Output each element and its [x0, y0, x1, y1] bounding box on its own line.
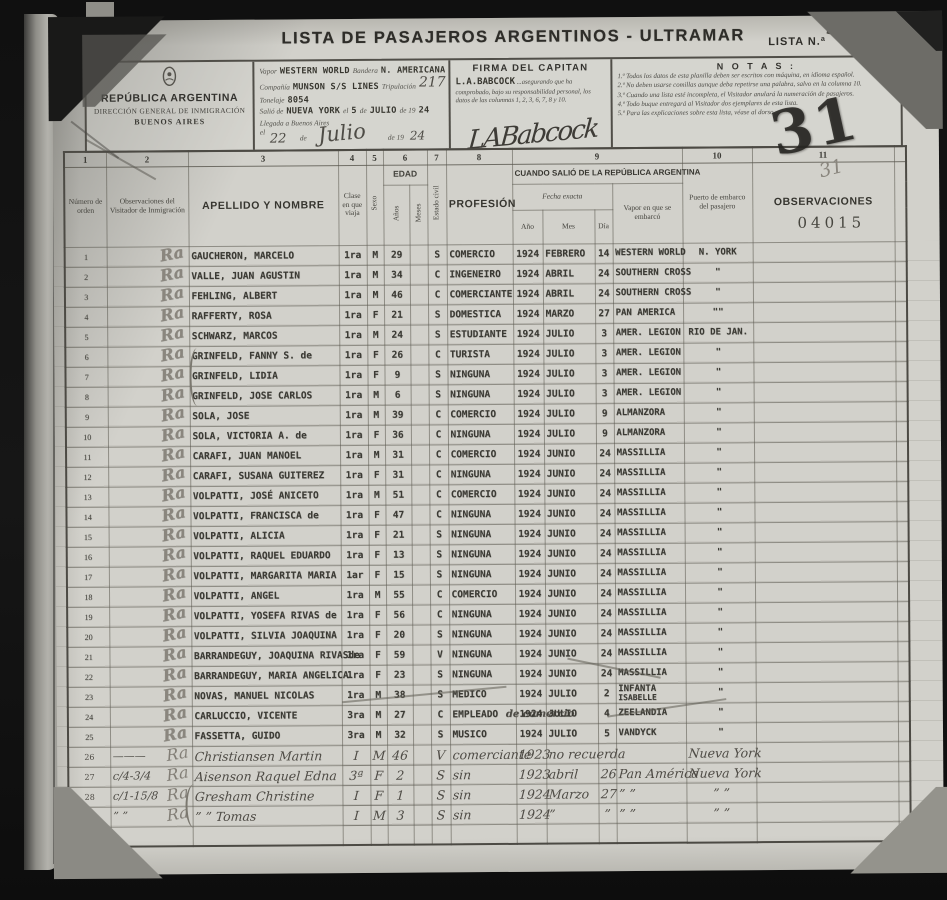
header-day: Día	[594, 209, 612, 243]
header-class: Clase en que viaja	[338, 165, 367, 245]
cell-class: 1ra	[340, 425, 368, 445]
cell-month: Marzo	[546, 783, 599, 803]
cell-profession: NINGUNA	[450, 664, 516, 684]
profession-text: NINGUNA	[450, 429, 490, 440]
captain-text: L.A.BABCOCK ...asegurando que ha comprob…	[455, 76, 605, 106]
cell-order-number: 13	[66, 487, 108, 507]
cell-age-years: 21	[386, 525, 412, 545]
agency-department: DIRECCIÓN GENERAL DE INMIGRACIÓN	[92, 106, 248, 116]
cell-month: no recuerda	[546, 743, 599, 763]
cell-class: 1ra	[339, 265, 367, 285]
cell-sex: F	[369, 625, 386, 645]
cell-name	[193, 825, 343, 846]
captain-box: FIRMA DEL CAPITAN L.A.BABCOCK ...asegura…	[450, 59, 613, 148]
cell-extra	[896, 381, 908, 401]
cell-profession: INGENEIRO	[447, 264, 513, 284]
cell-civil-status: S	[431, 804, 451, 824]
cell-profession: COMERCIO	[448, 444, 514, 464]
cell-sex: M	[367, 265, 384, 285]
lista-number-label: LISTA N.ª	[768, 36, 826, 48]
cell-month: JUNIO	[546, 663, 598, 683]
cell-vapor: ” ”	[616, 803, 687, 823]
cell-class: 1ra	[341, 645, 369, 665]
llegada-de-label: de	[300, 133, 307, 142]
compania-value: MUNSON S/S LINES	[293, 82, 379, 93]
cell-vapor: MASSILLIA	[614, 503, 684, 523]
cell-profession: NINGUNA	[448, 424, 514, 444]
cell-observaciones	[755, 621, 897, 642]
header-age-years: Años	[383, 185, 409, 245]
cell-port: Nueva York	[686, 742, 757, 762]
cell-class: 1ra	[341, 585, 369, 605]
passenger-rows: 1 Ra GAUCHERON, MARCELO 1ra M 29 S COMER…	[65, 241, 911, 847]
cell-name: CARAFI, JUAN MANOEL	[190, 445, 340, 466]
cell-age-years: 31	[385, 445, 411, 465]
cell-civil-status: S	[428, 244, 447, 264]
profession-text: NINGUNA	[452, 609, 492, 620]
cell-observaciones	[756, 721, 898, 742]
cell-day: 3	[595, 323, 613, 343]
cell-name: VALLE, JUAN AGUSTIN	[189, 265, 339, 286]
cell-sex: M	[367, 325, 384, 345]
cell-age-years: 27	[387, 705, 413, 725]
cell-year: 1924	[516, 724, 546, 744]
cell-class: 1ra	[339, 365, 367, 385]
header-when-left: CUANDO SALIÓ DE LA REPÚBLICA ARGENTINA	[512, 163, 682, 184]
cell-month: JULIO	[544, 383, 596, 403]
de19-label: de 19	[400, 106, 416, 115]
cell-name: VOLPATTI, ALICIA	[191, 525, 341, 546]
cell-month: JULIO	[546, 703, 598, 723]
cell-class: 1ra	[339, 245, 367, 265]
cell-sex: F	[369, 645, 386, 665]
cell-vapor: SOUTHERN CROSS	[613, 263, 683, 283]
ra-mark: Ra	[162, 722, 189, 745]
cell-age-years: 15	[386, 565, 412, 585]
cell-extra	[895, 341, 907, 361]
cell-day: 27	[598, 783, 617, 803]
salio-month: JULIO	[370, 106, 397, 116]
cell-year: 1924	[513, 284, 543, 304]
cell-extra	[898, 661, 910, 681]
vapor-line1: AMER. LEGION	[616, 388, 681, 397]
cell-age-years: 39	[385, 405, 411, 425]
cell-port: ” ”	[686, 802, 757, 822]
cell-vapor	[617, 823, 687, 843]
cell-extra	[895, 261, 907, 281]
cell-vapor: PAN AMERICA	[613, 303, 683, 323]
cell-order-number: 17	[67, 567, 109, 587]
cell-port: ” ”	[686, 782, 757, 802]
vapor-line1: ALMANZORA	[616, 408, 681, 417]
cell-port: "	[686, 702, 756, 722]
coat-of-arms-icon	[161, 66, 177, 86]
cell-extra	[897, 581, 909, 601]
cell-name: ” ” Tomas	[192, 805, 343, 826]
vapor-line1: ALMANZORA	[616, 428, 681, 437]
tripulacion-value-handwritten: 217	[419, 74, 446, 90]
cell-order-number: 29	[69, 807, 111, 827]
cell-order-number: 15	[67, 527, 109, 547]
cell-age-years: 6	[385, 385, 411, 405]
cell-month: JUNIO	[544, 443, 596, 463]
cell-name: GRINFELD, FANNY S. de	[189, 345, 339, 366]
cell-day: 3	[595, 343, 613, 363]
header-profession: PROFESIÓN	[446, 164, 513, 244]
cell-age-years: 32	[387, 725, 413, 745]
cell-name: GRINFELD, JOSE CARLOS	[190, 385, 340, 406]
cell-day: 24	[597, 643, 615, 663]
cell-order-number: 6	[65, 347, 107, 367]
profession-text: sin	[452, 767, 471, 782]
cell-observaciones	[754, 381, 896, 402]
cell-order-number: 4	[65, 307, 107, 327]
cell-profession: COMERCIO	[448, 404, 514, 424]
ship-info-box: Vapor WESTERN WORLD Bandera N. AMERICANA…	[254, 60, 451, 149]
header-exact-date: Fecha exacta	[512, 183, 612, 210]
cell-month: JULIO	[544, 403, 596, 423]
cell-month: JULIO	[544, 423, 596, 443]
cell-day: 24	[596, 443, 614, 463]
cell-age-months	[412, 584, 430, 604]
cell-order-number: 18	[67, 587, 109, 607]
cell-age-years: 21	[384, 305, 410, 325]
cell-vapor: AMER. LEGION	[614, 383, 684, 403]
cell-sex: F	[369, 565, 386, 585]
profession-text: sin	[453, 807, 472, 822]
tonelaje-label: Tonelaje	[260, 95, 285, 104]
profession-text: NINGUNA	[452, 669, 492, 680]
visitor-annotation: c/1-15/8	[113, 789, 159, 802]
cell-day: 4	[598, 703, 616, 723]
cell-class: 3ra	[342, 705, 370, 725]
cell-extra	[896, 401, 908, 421]
cell-age-years: 36	[385, 425, 411, 445]
cell-year: 1924	[514, 484, 544, 504]
cell-civil-status: S	[431, 784, 451, 804]
cell-civil-status: S	[431, 684, 450, 704]
captain-name: L.A.BABCOCK	[455, 77, 515, 87]
cell-class: 1ra	[342, 665, 370, 685]
cell-extra	[898, 781, 911, 801]
cell-sex: M	[370, 805, 388, 825]
profession-text: NINGUNA	[451, 509, 491, 520]
cell-sex: M	[370, 705, 387, 725]
ra-mark: Ra	[165, 762, 189, 785]
cell-class: 1ar	[341, 565, 369, 585]
el-label: el	[343, 106, 348, 115]
cell-vapor	[616, 743, 687, 763]
vapor-line1: MASSILLIA	[618, 628, 683, 637]
cell-extra	[895, 361, 907, 381]
cell-civil-status: C	[431, 704, 450, 724]
cell-vapor: MASSILLIA	[615, 623, 685, 643]
cell-age-months	[412, 564, 430, 584]
llegada-month-handwritten: Julio	[317, 118, 367, 146]
cell-extra	[896, 421, 908, 441]
vapor-line1: MASSILLIA	[617, 568, 682, 577]
cell-extra	[898, 801, 911, 821]
cell-day: 9	[596, 423, 614, 443]
cell-name: VOLPATTI, ANGEL	[191, 585, 341, 606]
cell-name: GAUCHERON, MARCELO	[189, 245, 339, 266]
cell-year: 1924	[514, 464, 544, 484]
cell-order-number: 27	[68, 767, 110, 787]
cell-name: VOLPATTI, FRANCISCA de	[190, 505, 340, 526]
cell-age-months	[410, 324, 428, 344]
cell-civil-status: S	[430, 544, 449, 564]
cell-age-months	[411, 404, 429, 424]
cell-year: 1924	[513, 304, 543, 324]
cell-age-months	[410, 344, 428, 364]
profession-handwritten-note	[473, 811, 474, 822]
cell-civil-status: C	[428, 284, 447, 304]
cell-class: 1ra	[340, 385, 368, 405]
cell-age-years: 9	[384, 365, 410, 385]
colnum-5: 5	[366, 150, 383, 165]
cell-extra	[898, 721, 910, 741]
cell-name: FEHLING, ALBERT	[189, 285, 339, 306]
cell-extra	[896, 461, 908, 481]
cell-day: 24	[596, 483, 614, 503]
cell-extra	[897, 641, 909, 661]
cell-month: JUNIO	[545, 523, 597, 543]
cell-month: JUNIO	[545, 623, 597, 643]
vapor-line1: PAN AMERICA	[616, 308, 681, 317]
agency-name: REPÚBLICA ARGENTINA	[92, 92, 248, 105]
header-month: Mes	[542, 209, 594, 243]
cell-age-years: 23	[387, 665, 413, 685]
vapor-line1: MASSILLIA	[617, 448, 682, 457]
cell-age-months	[413, 804, 432, 824]
vapor-label: Vapor	[259, 66, 276, 75]
cell-port: "	[685, 622, 755, 642]
cell-vapor: AMER. LEGION	[613, 343, 683, 363]
cell-year: 1924	[515, 524, 545, 544]
cell-port: "	[684, 422, 754, 442]
cell-name: FASSETTA, GUIDO	[192, 725, 342, 746]
cell-port: "	[683, 282, 753, 302]
cell-port: "	[684, 482, 754, 502]
cell-profession: DOMESTICA	[447, 304, 513, 324]
cell-order-number: 1	[65, 247, 107, 267]
cell-age-years: 1	[387, 785, 414, 805]
cell-age-years: 55	[386, 585, 412, 605]
visitor-annotation: ” ”	[113, 809, 129, 822]
cell-year: 1923	[516, 764, 547, 784]
cell-civil-status: S	[428, 364, 447, 384]
cell-profession: NINGUNA	[449, 604, 515, 624]
header-name: APELLIDO Y NOMBRE	[188, 165, 339, 246]
cell-day: 24	[596, 463, 614, 483]
cell-sex: F	[368, 465, 385, 485]
cell-extra	[897, 601, 909, 621]
tonelaje-value: 8054	[287, 95, 309, 105]
cell-vapor: SOUTHERN CROSS	[613, 283, 683, 303]
cell-year: 1924	[514, 384, 544, 404]
header-sex: Sexo	[366, 165, 384, 245]
cell-class: 1ra	[339, 345, 367, 365]
visitor-annotation: c/4-3/4	[112, 769, 151, 782]
cell-order-number: 14	[66, 507, 108, 527]
cell-port: "	[683, 362, 753, 382]
cell-extra	[898, 761, 911, 781]
vapor-line1: MASSILLIA	[618, 608, 683, 617]
cell-class: 1ra	[341, 545, 369, 565]
cell-order-number: 12	[66, 467, 108, 487]
cell-day	[598, 743, 617, 763]
cell-profession: EMPLEADO de comercio	[450, 704, 516, 724]
cell-observaciones	[754, 441, 896, 462]
cell-sex: F	[369, 525, 386, 545]
cell-month: JULIO	[546, 683, 598, 703]
vapor-line1: MASSILLIA	[618, 648, 683, 657]
cell-port: Nueva York	[686, 762, 757, 782]
page-title: LISTA DE PASAJEROS ARGENTINOS - ULTRAMAR	[274, 26, 752, 48]
header-civil-status: Estado civil	[427, 164, 447, 244]
cell-port: N. YORK	[683, 242, 753, 262]
agency-box: REPÚBLICA ARGENTINA DIRECCIÓN GENERAL DE…	[86, 62, 255, 151]
cell-vapor: MASSILLIA	[616, 663, 686, 683]
cell-year: 1924	[514, 504, 544, 524]
cell-class: I	[342, 745, 371, 765]
cell-class: 1ra	[339, 305, 367, 325]
cell-age-years: 34	[384, 265, 410, 285]
cell-name: Aisenson Raquel Edna	[192, 765, 343, 786]
agency-city: BUENOS AIRES	[92, 117, 248, 127]
tripulacion-label: Tripulación	[382, 82, 416, 91]
cell-order-number: 26	[68, 747, 110, 767]
cell-year: 1924	[513, 344, 543, 364]
cell-civil-status: S	[430, 624, 449, 644]
cell-extra	[895, 241, 907, 261]
cell-age-months	[413, 664, 431, 684]
cell-vapor: MASSILLIA	[615, 543, 685, 563]
cell-month: JUNIO	[544, 483, 596, 503]
cell-month: JUNIO	[545, 583, 597, 603]
cell-day: 24	[597, 623, 615, 643]
cell-name: SOLA, VICTORIA A. de	[190, 425, 340, 446]
cell-profession: sin	[450, 764, 517, 784]
cell-sex: M	[368, 485, 385, 505]
cell-order-number: 23	[68, 687, 110, 707]
cell-civil-status: C	[429, 504, 448, 524]
cell-sex: F	[367, 305, 384, 325]
cell-profession: NINGUNA	[449, 524, 515, 544]
cell-port: "	[685, 602, 755, 622]
cell-year: 1924	[515, 644, 545, 664]
cell-class: 1ra	[341, 625, 369, 645]
cell-year: 1924	[516, 704, 546, 724]
profession-text: NINGUNA	[451, 529, 491, 540]
cell-civil-status: C	[429, 444, 448, 464]
cell-year: 1924	[513, 324, 543, 344]
cell-order-number: 25	[68, 727, 110, 747]
cell-extra	[898, 701, 910, 721]
cell-order-number: 5	[65, 327, 107, 347]
cell-sex: F	[370, 765, 388, 785]
cell-sex: F	[370, 665, 387, 685]
cell-vapor: AMER. LEGION	[613, 363, 683, 383]
cell-age-months	[412, 604, 430, 624]
cell-observaciones	[753, 241, 895, 262]
cell-observaciones	[754, 421, 896, 442]
cell-name: VOLPATTI, JOSÉ ANICETO	[190, 485, 340, 506]
cell-year: 1924	[516, 804, 547, 824]
cell-age-months	[413, 764, 432, 784]
cell-order-number: 9	[66, 407, 108, 427]
cell-observaciones	[755, 601, 897, 622]
profession-text: TURISTA	[450, 349, 490, 360]
cell-order-number: 19	[67, 607, 109, 627]
cell-extra	[897, 621, 909, 641]
cell-vapor: ” ”	[616, 783, 687, 803]
profession-text: NINGUNA	[452, 629, 492, 640]
cell-vapor: MASSILLIA	[614, 463, 684, 483]
profession-text: COMERCIO	[451, 449, 497, 460]
vapor-line1: MASSILLIA	[617, 468, 682, 477]
cell-civil-status	[432, 824, 451, 844]
cell-civil-status: C	[428, 264, 447, 284]
cell-vapor: ALMANZORA	[614, 423, 684, 443]
cell-observaciones	[756, 801, 899, 822]
profession-handwritten-note	[473, 771, 474, 782]
cell-name: SOLA, JOSE	[190, 405, 340, 426]
cell-year: 1923	[516, 744, 547, 764]
cell-vapor: MASSILLIA	[615, 563, 685, 583]
cell-month: JULIO	[543, 363, 595, 383]
cell-age-months	[413, 744, 432, 764]
cell-port: "	[684, 442, 754, 462]
colnum-7: 7	[427, 149, 446, 164]
cell-port: "	[686, 722, 756, 742]
cell-observaciones	[754, 401, 896, 422]
cell-name: SCHWARZ, MARCOS	[189, 325, 339, 346]
cell-year: 1924	[516, 684, 546, 704]
vapor-line1: VANDYCK	[618, 728, 683, 737]
cell-sex: M	[369, 585, 386, 605]
cell-month: MARZO	[543, 303, 595, 323]
colnum-1: 1	[64, 152, 106, 167]
cell-class: 1ra	[340, 505, 368, 525]
llegada-el-label: el	[260, 127, 265, 136]
cell-civil-status: C	[428, 344, 447, 364]
cell-month: JUNIO	[545, 563, 597, 583]
cell-observaciones	[754, 501, 896, 522]
salio-port: NUEVA YORK	[286, 106, 340, 116]
cell-vapor: MASSILLIA	[614, 443, 684, 463]
cell-age-months	[411, 504, 429, 524]
cell-order-number: 8	[66, 387, 108, 407]
cell-sex: F	[367, 365, 384, 385]
cell-civil-status: S	[428, 304, 447, 324]
cell-day: 24	[597, 563, 615, 583]
cell-month: ABRIL	[543, 263, 595, 283]
profession-handwritten-note	[473, 791, 474, 802]
cell-month: JUNIO	[545, 643, 597, 663]
cell-class: 1ra	[339, 325, 367, 345]
cell-observaciones	[756, 701, 898, 722]
cell-extra	[899, 821, 911, 841]
cell-day: ”	[598, 803, 617, 823]
cell-year: 1924	[514, 444, 544, 464]
cell-age-months	[411, 384, 429, 404]
cell-profession: NINGUNA	[447, 364, 513, 384]
cell-class: 1ra	[341, 525, 369, 545]
profession-text: NINGUNA	[451, 549, 491, 560]
cell-class: 1ra	[340, 405, 368, 425]
colnum-extra	[894, 146, 906, 161]
